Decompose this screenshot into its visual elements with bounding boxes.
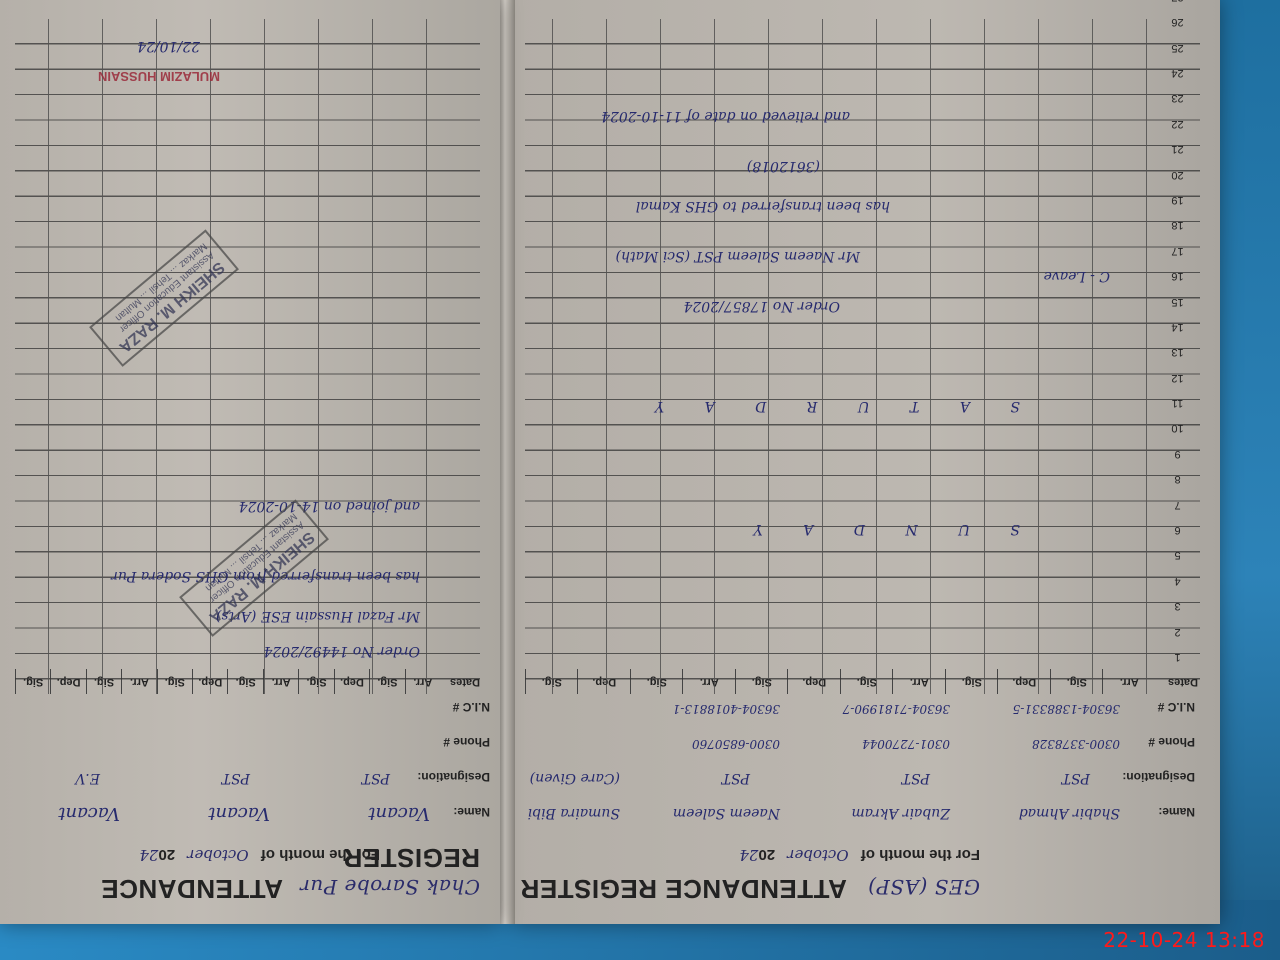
staff-phone: 0301-7270044 bbox=[862, 737, 950, 751]
dates-column: 1 2 3 4 5 6 7 8 9 10 11 12 13 14 15 16 1… bbox=[1155, 19, 1200, 669]
page-left-attendance: Chak Sarobe Pur ATTENDANCE REGISTER For … bbox=[0, 0, 500, 924]
transfer-code: (3612018) bbox=[747, 158, 820, 174]
staff-designation: (Care Given) bbox=[530, 770, 620, 786]
transfer-note-2: has been transferred to GHS Kamal bbox=[636, 198, 890, 214]
joined-note: and joined on 14-10-2024 bbox=[239, 498, 420, 514]
phone-label: Phone # bbox=[1148, 735, 1195, 749]
transfer-note: Mr Naeem Saleem PST (Sci Math) bbox=[616, 248, 861, 264]
nic-label: N.I.C # bbox=[453, 700, 490, 714]
phone-label: Phone # bbox=[443, 735, 490, 749]
page-title: GES (ASP) ATTENDANCE REGISTER bbox=[520, 873, 980, 904]
designation-label: Designation: bbox=[1122, 770, 1195, 784]
relieved-note: and relieved on date of 11-10-2024 bbox=[601, 108, 850, 124]
month-line: For the month of October 2024 bbox=[139, 846, 380, 864]
month-line: For the month of October 2024 bbox=[739, 846, 980, 864]
page-header: Chak Sarobe Pur ATTENDANCE REGISTER For … bbox=[0, 694, 500, 924]
page-header: GES (ASP) ATTENDANCE REGISTER For the mo… bbox=[510, 694, 1220, 924]
staff-name: Shabir Ahmad bbox=[1019, 805, 1120, 821]
open-register-book: GES (ASP) ATTENDANCE REGISTER For the mo… bbox=[0, 0, 1220, 924]
nic-label: N.I.C # bbox=[1158, 700, 1195, 714]
staff-name: Zubair Akram bbox=[851, 805, 950, 821]
teacher-note: Mr Fazal Hussain ESE (Arts) bbox=[216, 608, 420, 624]
staff-name: Vacant bbox=[58, 803, 120, 824]
staff-designation: E.V bbox=[75, 770, 100, 786]
name-label: Name: bbox=[453, 805, 490, 819]
staff-designation: PST bbox=[362, 770, 390, 786]
staff-designation: PST bbox=[722, 770, 750, 786]
staff-name: Vacant bbox=[368, 803, 430, 824]
staff-designation: PST bbox=[902, 770, 930, 786]
name-label: Name: bbox=[1158, 805, 1195, 819]
order-note: Order No 14492/2024 bbox=[263, 643, 420, 659]
stamp-date: 22/10/24 bbox=[137, 38, 200, 54]
photo-background: GES (ASP) ATTENDANCE REGISTER For the mo… bbox=[0, 0, 1280, 960]
staff-name: Sumaira Bibi bbox=[528, 805, 620, 821]
designation-label: Designation: bbox=[417, 770, 490, 784]
staff-name: Vacant bbox=[208, 803, 270, 824]
staff-phone: 0300-6850760 bbox=[692, 737, 780, 751]
sunday-note: S U N D A Y bbox=[736, 521, 1020, 537]
headmaster-stamp: MULAZIM HUSSAIN bbox=[98, 69, 220, 84]
staff-designation: PST bbox=[222, 770, 250, 786]
staff-name: Naeem Saleem bbox=[673, 805, 780, 821]
staff-nic: 36304-4018813-1 bbox=[673, 702, 780, 716]
staff-phone: 0300-3378328 bbox=[1032, 737, 1120, 751]
saturday-note: S A T U R D A Y bbox=[637, 398, 1020, 414]
leave-note: C - Leave bbox=[1044, 268, 1110, 284]
order-note: Order No 17857/2024 bbox=[683, 298, 840, 314]
camera-timestamp: 22-10-24 13:18 bbox=[1103, 928, 1265, 952]
staff-nic: 36304-7181990-7 bbox=[843, 702, 950, 716]
staff-nic: 36304-1388331-5 bbox=[1013, 702, 1120, 716]
staff-designation: PST bbox=[1062, 770, 1090, 786]
register-cover bbox=[1220, 0, 1280, 960]
page-right-attendance: GES (ASP) ATTENDANCE REGISTER For the mo… bbox=[510, 0, 1220, 924]
